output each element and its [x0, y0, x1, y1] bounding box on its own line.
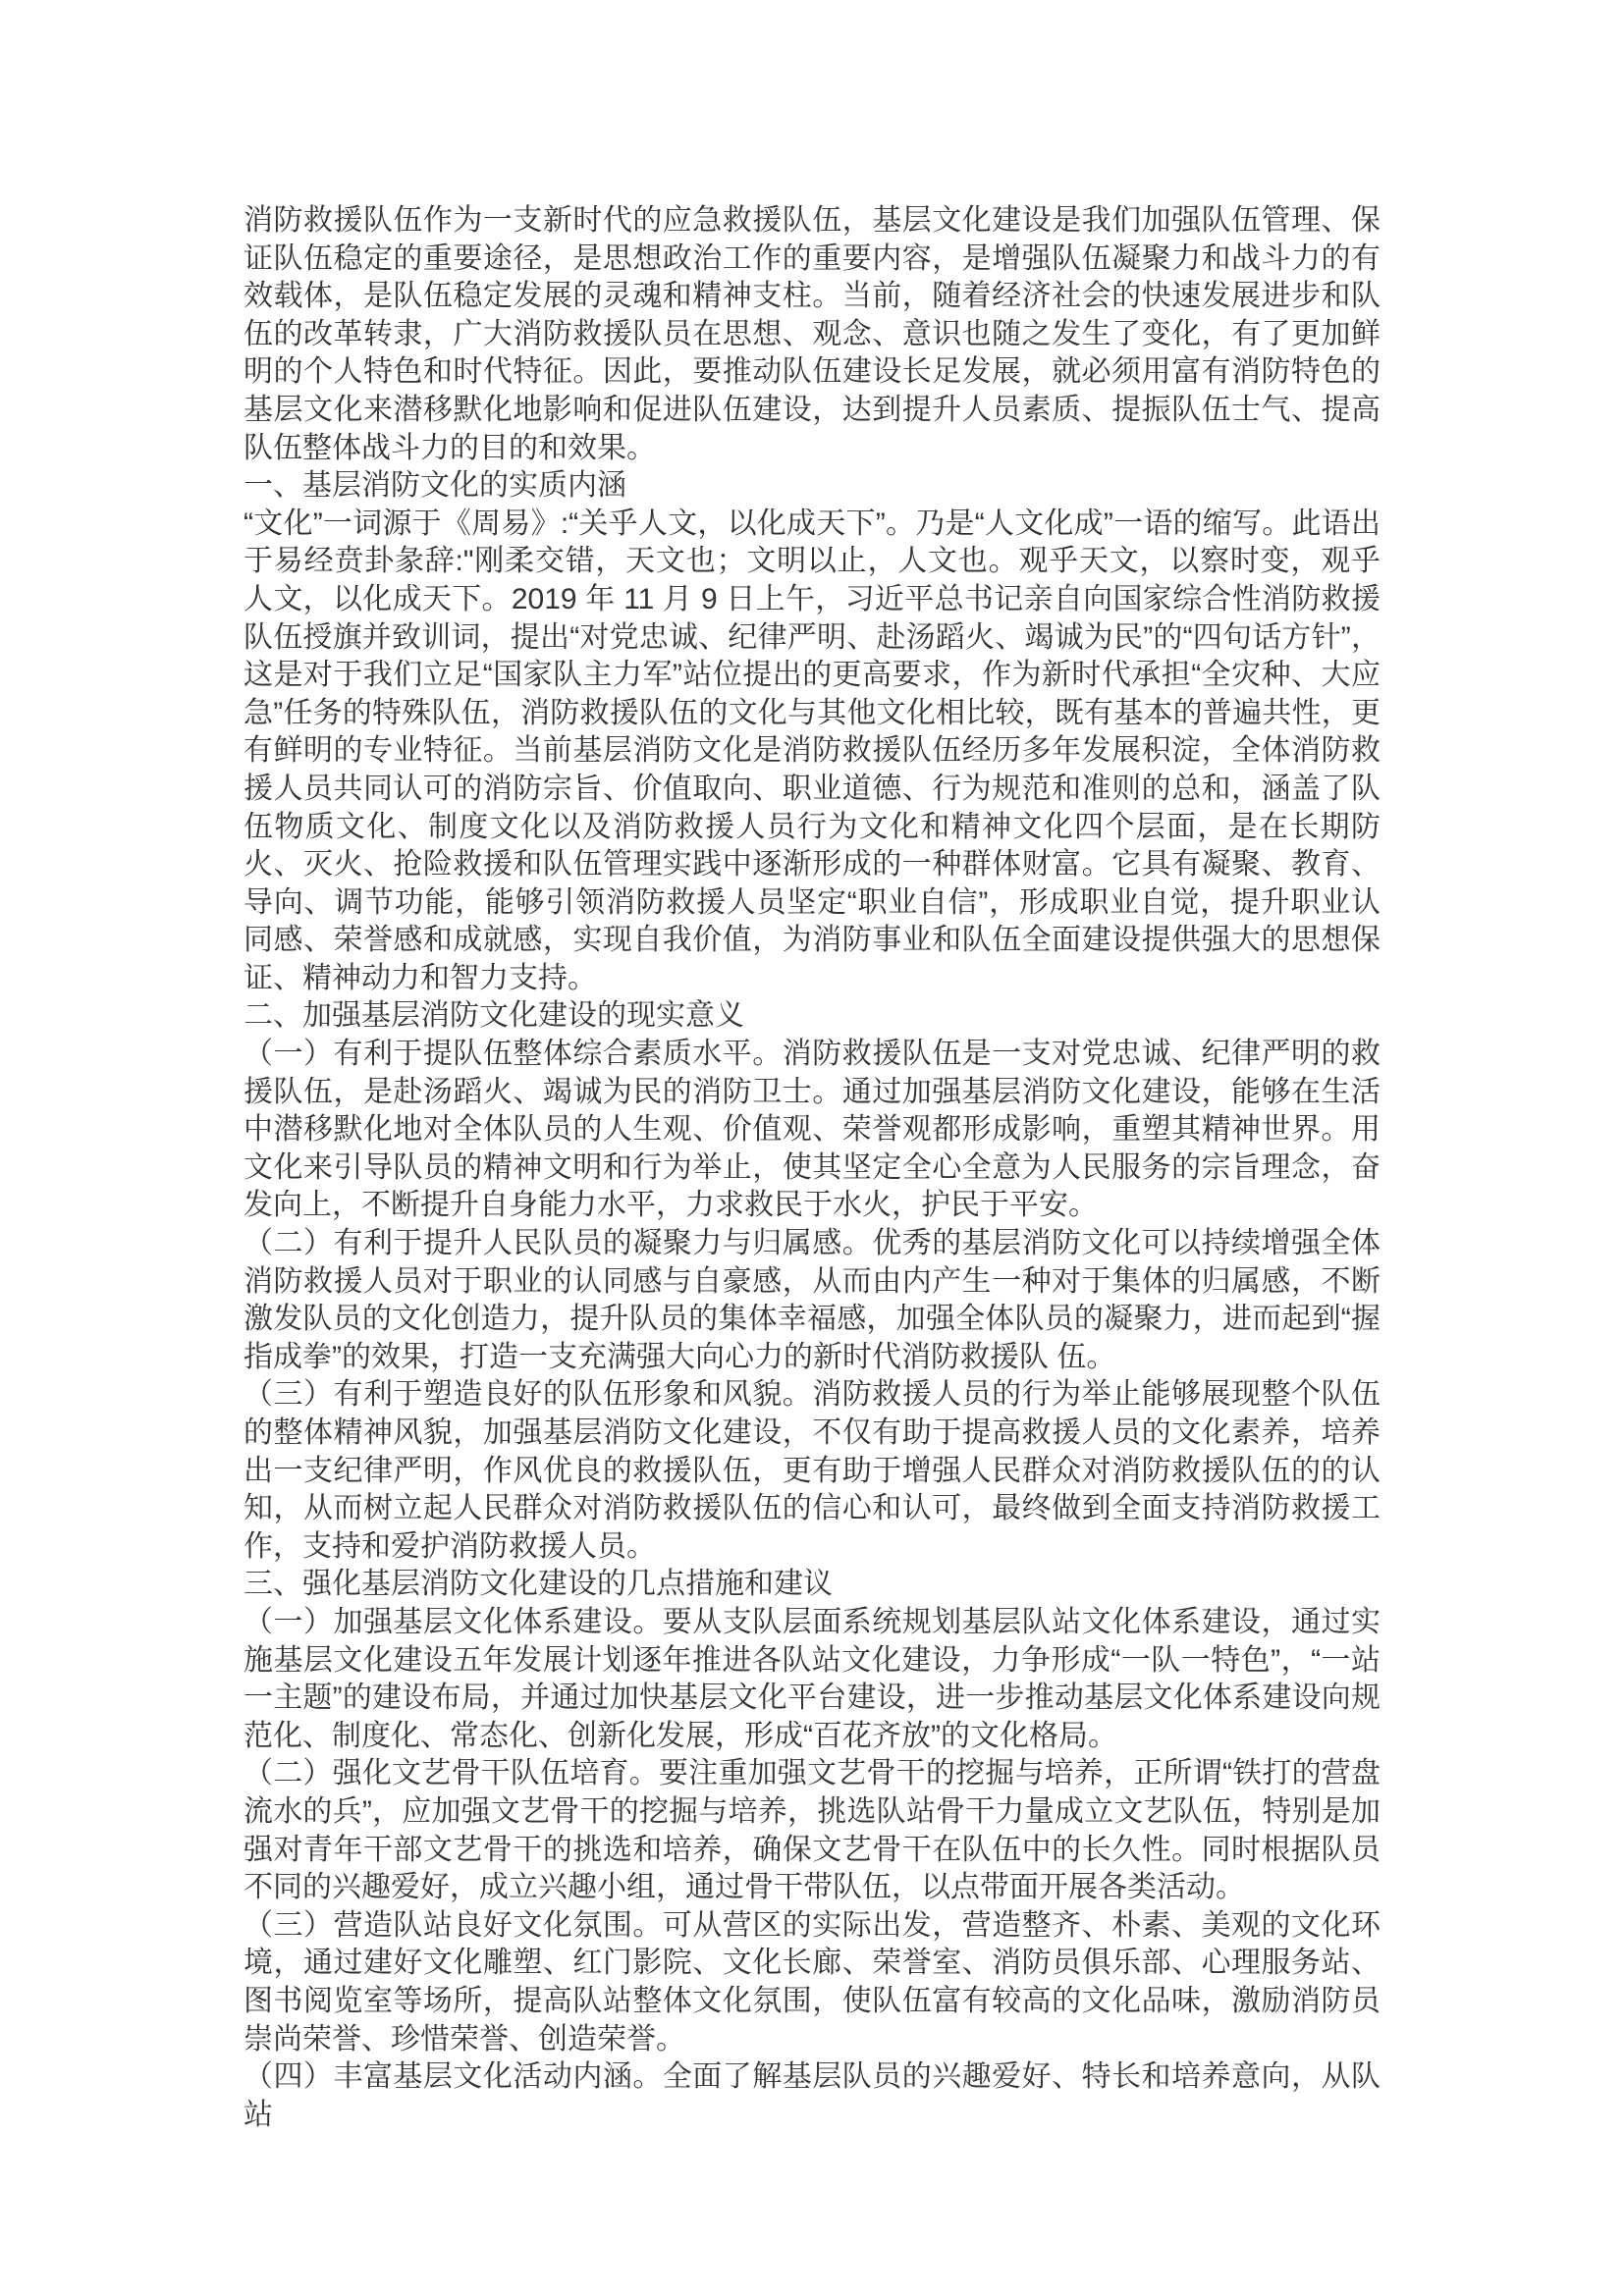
- section-heading: 二、加强基层消防文化建设的现实意义: [244, 997, 1380, 1036]
- paragraph: （三）营造队站良好文化氛围。可从营区的实际出发，营造整齐、朴素、美观的文化环境，…: [244, 1907, 1380, 2058]
- section-heading: 三、强化基层消防文化建设的几点措施和建议: [244, 1566, 1380, 1604]
- paragraph: （二）有利于提升人民队员的凝聚力与归属感。优秀的基层消防文化可以持续增强全体消防…: [244, 1225, 1380, 1376]
- paragraph: （三）有利于塑造良好的队伍形象和风貌。消防救援人员的行为举止能够展现整个队伍的整…: [244, 1376, 1380, 1566]
- section-heading: 一、基层消防文化的实质内涵: [244, 467, 1380, 506]
- document-page: 消防救援队伍作为一支新时代的应急救援队伍，基层文化建设是我们加强队伍管理、保证队…: [0, 0, 1624, 2296]
- paragraph: （一）有利于提队伍整体综合素质水平。消防救援队伍是一支对党忠诚、纪律严明的救援队…: [244, 1036, 1380, 1225]
- paragraph: 消防救援队伍作为一支新时代的应急救援队伍，基层文化建设是我们加强队伍管理、保证队…: [244, 202, 1380, 467]
- paragraph: （一）加强基层文化体系建设。要从支队层面系统规划基层队站文化体系建设，通过实施基…: [244, 1604, 1380, 1755]
- paragraph: （四）丰富基层文化活动内涵。全面了解基层队员的兴趣爱好、特长和培养意向，从队站: [244, 2058, 1380, 2134]
- document-body: 消防救援队伍作为一支新时代的应急救援队伍，基层文化建设是我们加强队伍管理、保证队…: [244, 202, 1380, 2134]
- paragraph: （二）强化文艺骨干队伍培育。要注重加强文艺骨干的挖掘与培养，正所谓“铁打的营盘流…: [244, 1755, 1380, 1906]
- paragraph: “文化”一词源于《周易》:“关乎人文，以化成天下”。乃是“人文化成”一语的缩写。…: [244, 506, 1380, 998]
